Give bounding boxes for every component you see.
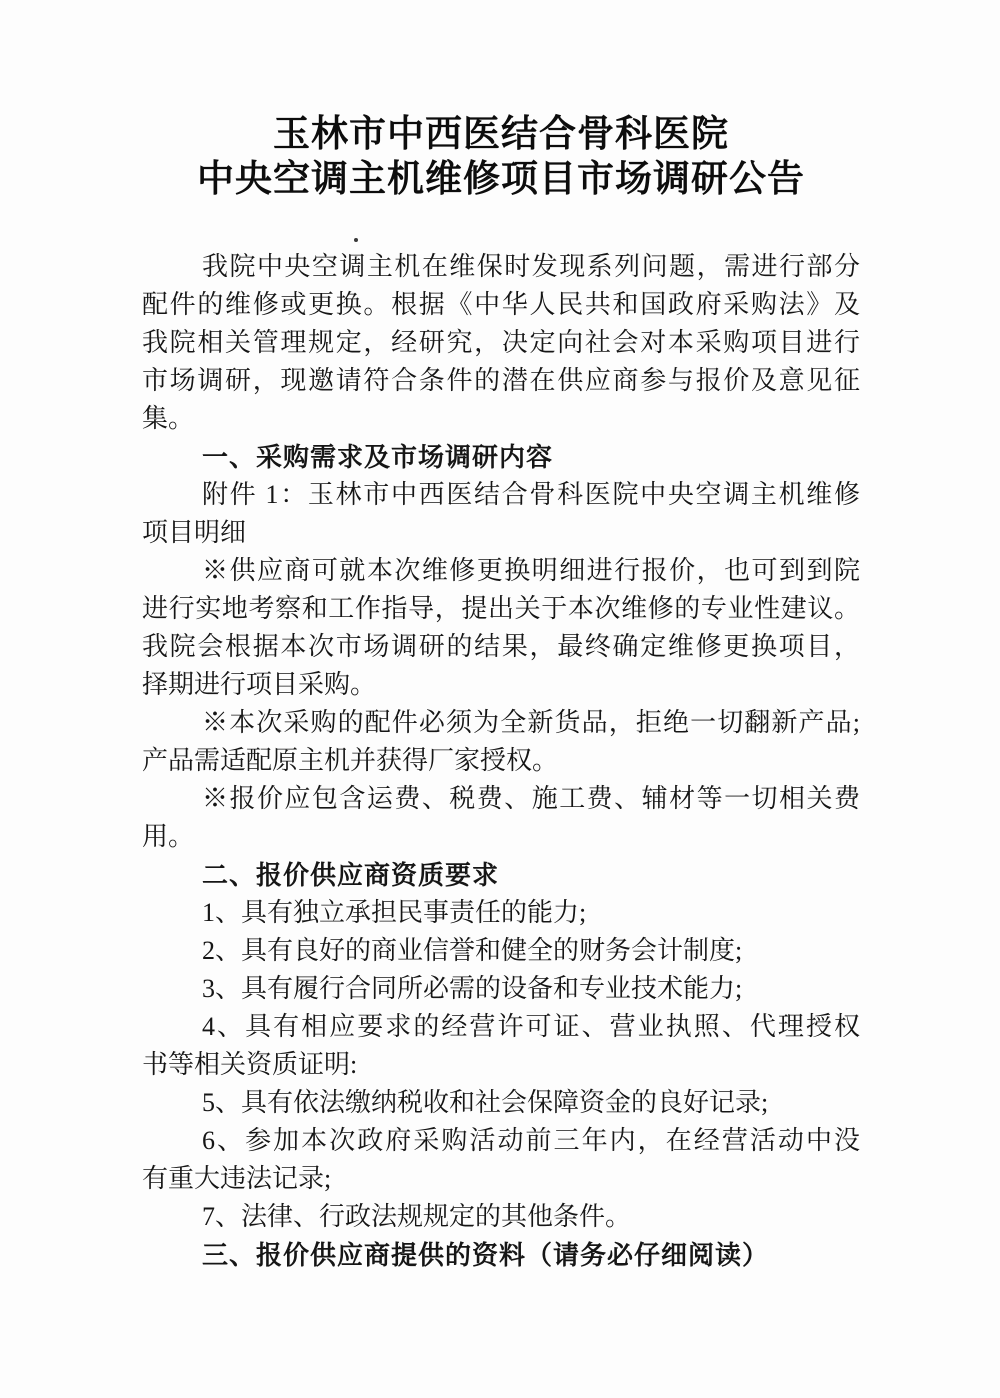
list-item: 1、具有独立承担民事责任的能力; — [142, 894, 860, 932]
paragraph-line: 我院中央空调主机在维保时发现系列问题，需进行部分 — [142, 248, 860, 286]
section-heading-2: 二、报价供应商资质要求 — [142, 856, 860, 894]
paragraph-line: 进行实地考察和工作指导，提出关于本次维修的专业性建议。 — [142, 590, 860, 628]
paragraph-line: 市场调研，现邀请符合条件的潜在供应商参与报价及意见征 — [142, 362, 860, 400]
paragraph-line: 用。 — [142, 818, 860, 856]
document-title: 玉林市中西医结合骨科医院 中央空调主机维修项目市场调研公告 — [142, 112, 860, 202]
document-title-line-1: 玉林市中西医结合骨科医院 — [142, 112, 860, 157]
list-item: 7、法律、行政法规规定的其他条件。 — [142, 1198, 860, 1236]
paragraph-line: 我院相关管理规定，经研究，决定向社会对本采购项目进行 — [142, 324, 860, 362]
paragraph-line: 择期进行项目采购。 — [142, 666, 860, 704]
list-item-continuation: 书等相关资质证明: — [142, 1046, 860, 1084]
list-item-continuation: 有重大违法记录; — [142, 1160, 860, 1198]
paragraph-line: 配件的维修或更换。根据《中华人民共和国政府采购法》及 — [142, 286, 860, 324]
document-title-line-2: 中央空调主机维修项目市场调研公告 — [142, 157, 860, 202]
list-item: 5、具有依法缴纳税收和社会保障资金的良好记录; — [142, 1084, 860, 1122]
list-item: 2、具有良好的商业信誉和健全的财务会计制度; — [142, 932, 860, 970]
section-heading-1: 一、采购需求及市场调研内容 — [142, 438, 860, 476]
paragraph-line: 产品需适配原主机并获得厂家授权。 — [142, 742, 860, 780]
scanned-document-page: { "document": { "title_lines": [ "玉林市中西医… — [0, 0, 1000, 1398]
list-item: 3、具有履行合同所必需的设备和专业技术能力; — [142, 970, 860, 1008]
list-item: 4、具有相应要求的经营许可证、营业执照、代理授权 — [142, 1008, 860, 1046]
paragraph-line: ※本次采购的配件必须为全新货品，拒绝一切翻新产品; — [142, 704, 860, 742]
document-text-block: 我院中央空调主机在维保时发现系列问题，需进行部分 配件的维修或更换。根据《中华人… — [142, 248, 860, 1274]
list-item: 6、参加本次政府采购活动前三年内，在经营活动中没 — [142, 1122, 860, 1160]
paragraph-line: 集。 — [142, 400, 860, 438]
paragraph-line: 附件 1：玉林市中西医结合骨科医院中央空调主机维修 — [142, 476, 860, 514]
paragraph-line: ※供应商可就本次维修更换明细进行报价，也可到到院 — [142, 552, 860, 590]
paragraph-line: 我院会根据本次市场调研的结果，最终确定维修更换项目， — [142, 628, 860, 666]
paragraph-line: 项目明细 — [142, 514, 860, 552]
paragraph-line: ※报价应包含运费、税费、施工费、辅材等一切相关费 — [142, 780, 860, 818]
document-body: 玉林市中西医结合骨科医院 中央空调主机维修项目市场调研公告 我院中央空调主机在维… — [142, 112, 860, 1274]
section-heading-3: 三、报价供应商提供的资料（请务必仔细阅读） — [142, 1236, 860, 1274]
